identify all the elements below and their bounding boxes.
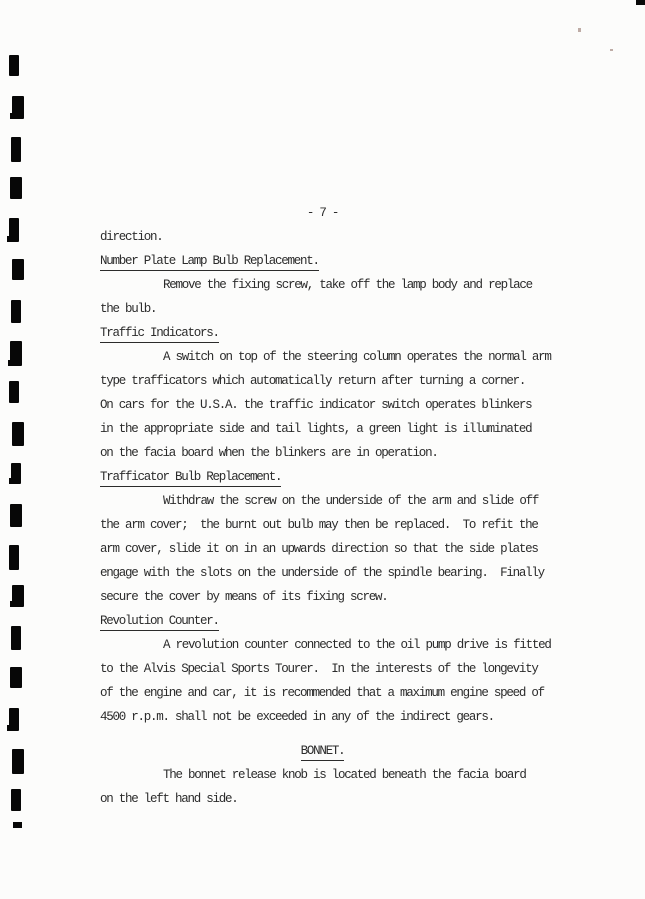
- typewritten-text-column: - 7 - direction. Number Plate Lamp Bulb …: [100, 201, 545, 811]
- binding-holes-strip: [0, 0, 40, 899]
- binding-hole-mark: [11, 463, 21, 484]
- binding-hole-mark: [10, 667, 22, 688]
- text-line: secure the cover by means of its fixing …: [100, 585, 545, 609]
- text-line: arm cover, slide it on in an upwards dir…: [100, 537, 545, 561]
- text-line: The bonnet release knob is located benea…: [100, 763, 545, 787]
- section-heading-traffic-indicators: Traffic Indicators.: [100, 321, 545, 345]
- text-line: on the facia board when the blinkers are…: [100, 441, 545, 465]
- section-heading-bonnet: BONNET.: [100, 739, 545, 763]
- text-line: of the engine and car, it is recommended…: [100, 681, 545, 705]
- section-heading-trafficator-bulb: Trafficator Bulb Replacement.: [100, 465, 545, 489]
- text-line: the bulb.: [100, 297, 545, 321]
- binding-hole-mark: [10, 177, 22, 199]
- text-line: Withdraw the screw on the underside of t…: [100, 489, 545, 513]
- text-line: 4500 r.p.m. shall not be exceeded in any…: [100, 705, 545, 729]
- binding-hole-mark: [11, 626, 21, 650]
- page-number: - 7 -: [100, 201, 545, 225]
- section-heading-revolution-counter: Revolution Counter.: [100, 609, 545, 633]
- binding-hole-mark: [12, 749, 24, 774]
- text-line: On cars for the U.S.A. the traffic indic…: [100, 393, 545, 417]
- binding-hole-mark: [9, 708, 19, 731]
- binding-hole-mark: [12, 422, 24, 446]
- binding-hole-mark: [11, 789, 21, 811]
- text-line: A revolution counter connected to the oi…: [100, 633, 545, 657]
- binding-hole-mark: [9, 545, 19, 570]
- binding-hole-mark: [10, 504, 22, 527]
- binding-hole-mark: [9, 381, 19, 403]
- scanned-manual-page: - 7 - direction. Number Plate Lamp Bulb …: [0, 0, 645, 899]
- binding-hole-mark: [11, 137, 21, 162]
- scan-corner-artifact: [636, 0, 645, 5]
- scan-speck: [610, 49, 613, 51]
- binding-hole-mark: [10, 341, 22, 366]
- scan-speck: [578, 28, 581, 32]
- binding-hole-mark: [9, 55, 19, 76]
- text-line: engage with the slots on the underside o…: [100, 561, 545, 585]
- text-line: the arm cover; the burnt out bulb may th…: [100, 513, 545, 537]
- binding-hole-mark: [9, 218, 19, 242]
- binding-hole-mark: [12, 96, 24, 119]
- text-line: type trafficators which automatically re…: [100, 369, 545, 393]
- text-line: on the left hand side.: [100, 787, 545, 811]
- text-line: direction.: [100, 225, 545, 249]
- binding-hole-partial: [13, 822, 22, 828]
- text-line: in the appropriate side and tail lights,…: [100, 417, 545, 441]
- binding-hole-mark: [11, 300, 21, 323]
- text-line: A switch on top of the steering column o…: [100, 345, 545, 369]
- binding-hole-mark: [12, 585, 24, 607]
- text-line: to the Alvis Special Sports Tourer. In t…: [100, 657, 545, 681]
- text-line: Remove the fixing screw, take off the la…: [100, 273, 545, 297]
- binding-hole-mark: [12, 259, 24, 280]
- section-heading-number-plate-lamp: Number Plate Lamp Bulb Replacement.: [100, 249, 545, 273]
